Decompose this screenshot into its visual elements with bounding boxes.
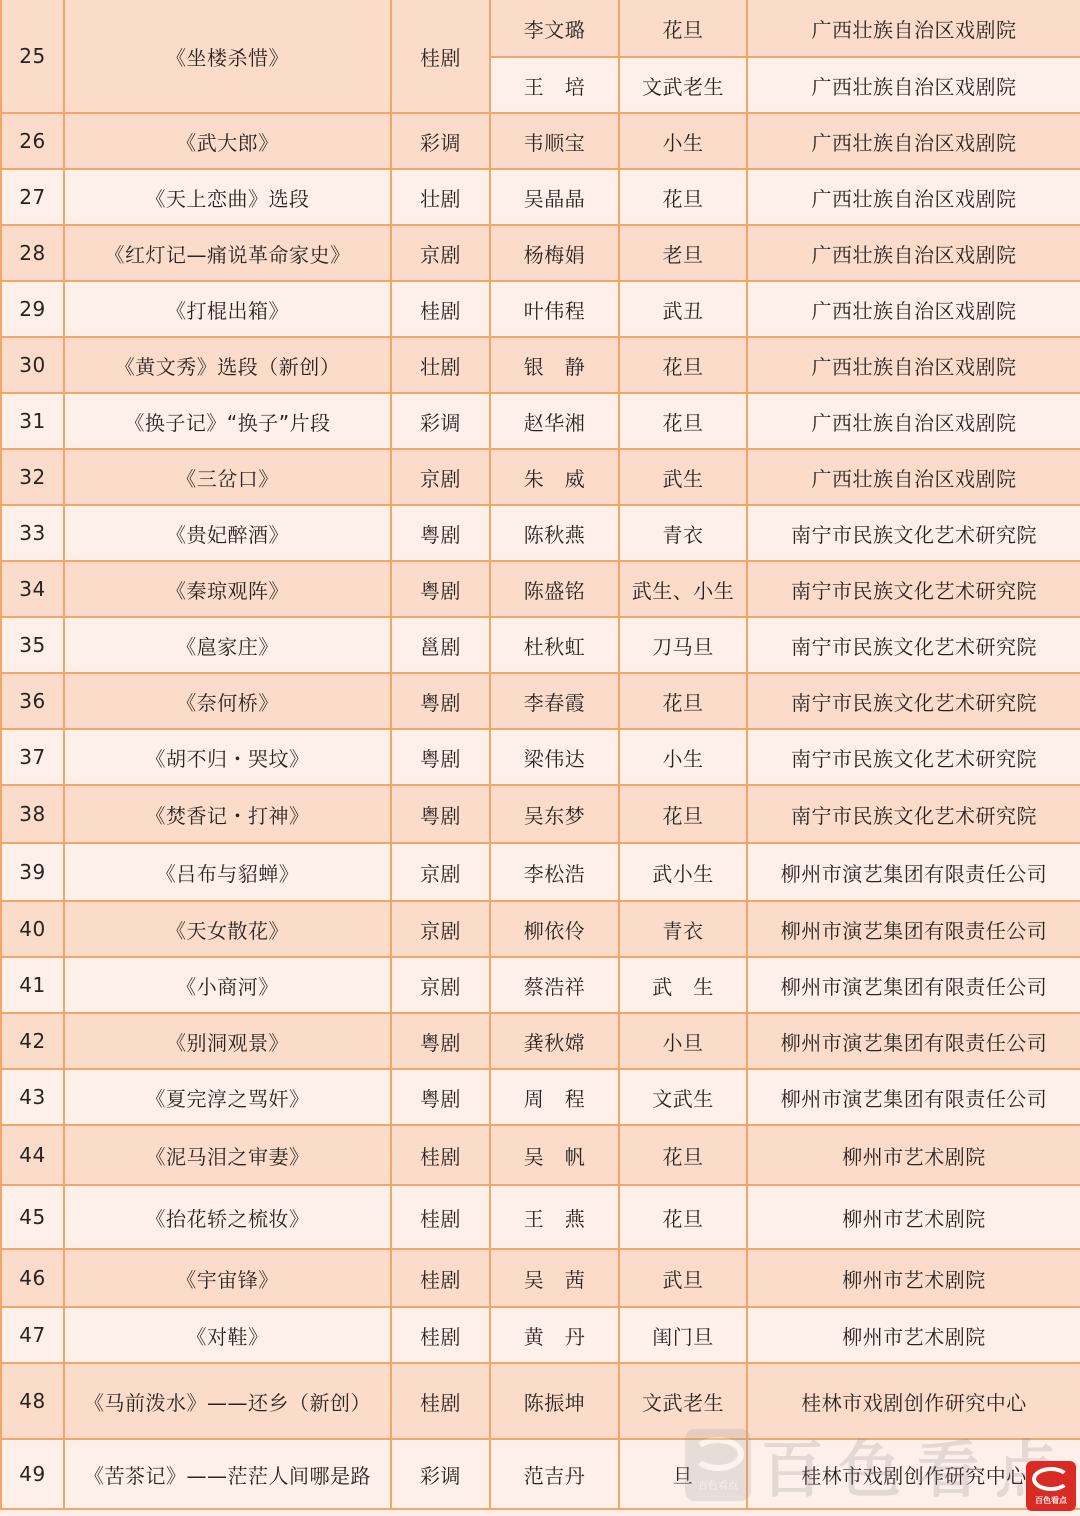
opera-genre: 粤剧 <box>391 505 490 561</box>
performer-role: 武小生 <box>619 843 747 901</box>
table-row: 40《天女散花》京剧柳依伶青衣柳州市演艺集团有限责任公司 <box>1 901 1080 957</box>
opera-genre: 彩调 <box>391 393 490 449</box>
table-body: 25 《坐楼杀惜》 桂剧 李文璐 花旦 广西壮族自治区戏剧院 王 培 文武老生 … <box>1 0 1080 1509</box>
row-number: 34 <box>1 561 64 617</box>
table-row: 26《武大郎》彩调韦顺宝小生广西壮族自治区戏剧院 <box>1 113 1080 169</box>
logo-text: 百色看点 <box>1035 1495 1067 1506</box>
row-number: 33 <box>1 505 64 561</box>
performer-name: 梁伟达 <box>490 729 619 785</box>
row-number: 43 <box>1 1069 64 1125</box>
opera-genre: 邕剧 <box>391 617 490 673</box>
performer-unit: 柳州市艺术剧院 <box>747 1185 1080 1249</box>
row-number: 31 <box>1 393 64 449</box>
opera-genre: 粤剧 <box>391 785 490 843</box>
performer-unit: 广西壮族自治区戏剧院 <box>747 393 1080 449</box>
row-number: 30 <box>1 337 64 393</box>
table-row: 32《三岔口》京剧朱 威武生广西壮族自治区戏剧院 <box>1 449 1080 505</box>
play-title: 《别洞观景》 <box>64 1013 391 1069</box>
row-number: 48 <box>1 1363 64 1439</box>
performer-unit: 柳州市艺术剧院 <box>747 1125 1080 1185</box>
performer-unit: 广西壮族自治区戏剧院 <box>747 57 1080 113</box>
opera-genre: 粤剧 <box>391 729 490 785</box>
performer-name: 吴晶晶 <box>490 169 619 225</box>
row-number: 45 <box>1 1185 64 1249</box>
play-title: 《天女散花》 <box>64 901 391 957</box>
play-title: 《抬花轿之梳妆》 <box>64 1185 391 1249</box>
performer-role: 花旦 <box>619 169 747 225</box>
row-number: 32 <box>1 449 64 505</box>
row-number: 28 <box>1 225 64 281</box>
table-row: 35《扈家庄》邕剧杜秋虹刀马旦南宁市民族文化艺术研究院 <box>1 617 1080 673</box>
performer-name: 叶伟程 <box>490 281 619 337</box>
opera-genre: 桂剧 <box>391 1125 490 1185</box>
row-number: 41 <box>1 957 64 1013</box>
play-title: 《小商河》 <box>64 957 391 1013</box>
table-row: 47《对鞋》桂剧黄 丹闺门旦柳州市艺术剧院 <box>1 1307 1080 1363</box>
performer-name: 杜秋虹 <box>490 617 619 673</box>
opera-genre: 桂剧 <box>391 1307 490 1363</box>
row-number: 46 <box>1 1249 64 1307</box>
play-title: 《武大郎》 <box>64 113 391 169</box>
performer-name: 黄 丹 <box>490 1307 619 1363</box>
performer-role: 小生 <box>619 729 747 785</box>
performer-name: 杨梅娟 <box>490 225 619 281</box>
performer-unit: 广西壮族自治区戏剧院 <box>747 169 1080 225</box>
table-row: 41《小商河》京剧蔡浩祥武 生柳州市演艺集团有限责任公司 <box>1 957 1080 1013</box>
opera-genre: 粤剧 <box>391 1013 490 1069</box>
opera-genre: 桂剧 <box>391 0 490 113</box>
opera-genre: 壮剧 <box>391 337 490 393</box>
performer-unit: 南宁市民族文化艺术研究院 <box>747 785 1080 843</box>
performer-unit: 广西壮族自治区戏剧院 <box>747 337 1080 393</box>
performer-name: 李松浩 <box>490 843 619 901</box>
play-title: 《贵妃醉酒》 <box>64 505 391 561</box>
performer-role: 小旦 <box>619 1013 747 1069</box>
play-title: 《焚香记・打神》 <box>64 785 391 843</box>
play-title: 《夏完淳之骂奸》 <box>64 1069 391 1125</box>
table-row: 36《奈何桥》粤剧李春霞花旦南宁市民族文化艺术研究院 <box>1 673 1080 729</box>
opera-genre: 彩调 <box>391 113 490 169</box>
table-row: 45《抬花轿之梳妆》桂剧王 燕花旦柳州市艺术剧院 <box>1 1185 1080 1249</box>
row-number: 26 <box>1 113 64 169</box>
table-row: 48《马前泼水》——还乡（新创）桂剧陈振坤文武老生桂林市戏剧创作研究中心 <box>1 1363 1080 1439</box>
table-row: 39《吕布与貂蝉》京剧李松浩武小生柳州市演艺集团有限责任公司 <box>1 843 1080 901</box>
performer-name: 吴东梦 <box>490 785 619 843</box>
play-title: 《宇宙锋》 <box>64 1249 391 1307</box>
opera-genre: 京剧 <box>391 901 490 957</box>
play-title: 《吕布与貂蝉》 <box>64 843 391 901</box>
play-title: 《换子记》“换子”片段 <box>64 393 391 449</box>
performer-name: 蔡浩祥 <box>490 957 619 1013</box>
table-row: 46《宇宙锋》桂剧吴 茜武旦柳州市艺术剧院 <box>1 1249 1080 1307</box>
play-title: 《天上恋曲》选段 <box>64 169 391 225</box>
performer-unit: 柳州市演艺集团有限责任公司 <box>747 843 1080 901</box>
performer-name: 朱 威 <box>490 449 619 505</box>
row-number: 39 <box>1 843 64 901</box>
opera-genre: 桂剧 <box>391 281 490 337</box>
performer-role: 刀马旦 <box>619 617 747 673</box>
performer-name: 陈盛铭 <box>490 561 619 617</box>
performer-name: 吴 茜 <box>490 1249 619 1307</box>
table-row: 43《夏完淳之骂奸》粤剧周 程文武生柳州市演艺集团有限责任公司 <box>1 1069 1080 1125</box>
performer-unit: 柳州市演艺集团有限责任公司 <box>747 957 1080 1013</box>
performer-role: 文武老生 <box>619 1363 747 1439</box>
performer-unit: 南宁市民族文化艺术研究院 <box>747 673 1080 729</box>
performer-name: 陈秋燕 <box>490 505 619 561</box>
opera-genre: 粤剧 <box>391 1069 490 1125</box>
performer-name: 赵华湘 <box>490 393 619 449</box>
performer-name: 范吉丹 <box>490 1439 619 1509</box>
row-number: 44 <box>1 1125 64 1185</box>
table-row: 37《胡不归・哭坟》粤剧梁伟达小生南宁市民族文化艺术研究院 <box>1 729 1080 785</box>
roster-table: 25 《坐楼杀惜》 桂剧 李文璐 花旦 广西壮族自治区戏剧院 王 培 文武老生 … <box>0 0 1080 1510</box>
opera-genre: 粤剧 <box>391 561 490 617</box>
row-number: 47 <box>1 1307 64 1363</box>
table-row: 25 《坐楼杀惜》 桂剧 李文璐 花旦 广西壮族自治区戏剧院 <box>1 0 1080 57</box>
table-row: 29《打棍出箱》桂剧叶伟程武丑广西壮族自治区戏剧院 <box>1 281 1080 337</box>
performer-role: 闺门旦 <box>619 1307 747 1363</box>
performer-unit: 南宁市民族文化艺术研究院 <box>747 505 1080 561</box>
play-title: 《对鞋》 <box>64 1307 391 1363</box>
performer-unit: 广西壮族自治区戏剧院 <box>747 225 1080 281</box>
performer-role: 武生、小生 <box>619 561 747 617</box>
opera-genre: 京剧 <box>391 449 490 505</box>
play-title: 《奈何桥》 <box>64 673 391 729</box>
performer-role: 花旦 <box>619 673 747 729</box>
row-number: 29 <box>1 281 64 337</box>
performer-role: 花旦 <box>619 785 747 843</box>
performer-role: 小生 <box>619 113 747 169</box>
play-title: 《黄文秀》选段（新创） <box>64 337 391 393</box>
performer-unit: 柳州市艺术剧院 <box>747 1307 1080 1363</box>
performer-role: 青衣 <box>619 901 747 957</box>
performer-name: 李春霞 <box>490 673 619 729</box>
performer-unit: 广西壮族自治区戏剧院 <box>747 113 1080 169</box>
opera-genre: 桂剧 <box>391 1363 490 1439</box>
performer-role: 武生 <box>619 449 747 505</box>
opera-genre: 桂剧 <box>391 1249 490 1307</box>
table-row: 31《换子记》“换子”片段彩调赵华湘花旦广西壮族自治区戏剧院 <box>1 393 1080 449</box>
performer-role: 青衣 <box>619 505 747 561</box>
play-title: 《打棍出箱》 <box>64 281 391 337</box>
performer-unit: 柳州市艺术剧院 <box>747 1249 1080 1307</box>
brand-logo-icon: 百色看点 <box>1026 1461 1076 1511</box>
performer-name: 龚秋嫦 <box>490 1013 619 1069</box>
performer-name: 陈振坤 <box>490 1363 619 1439</box>
performer-name: 柳依伶 <box>490 901 619 957</box>
performer-unit: 柳州市演艺集团有限责任公司 <box>747 1013 1080 1069</box>
performer-unit: 南宁市民族文化艺术研究院 <box>747 561 1080 617</box>
play-title: 《胡不归・哭坟》 <box>64 729 391 785</box>
table-row: 49《苦茶记》——茫茫人间哪是路彩调范吉丹旦桂林市戏剧创作研究中心 <box>1 1439 1080 1509</box>
row-number: 36 <box>1 673 64 729</box>
performer-role: 武 生 <box>619 957 747 1013</box>
opera-genre: 桂剧 <box>391 1185 490 1249</box>
table-row: 42《别洞观景》粤剧龚秋嫦小旦柳州市演艺集团有限责任公司 <box>1 1013 1080 1069</box>
opera-genre: 京剧 <box>391 843 490 901</box>
performer-role: 老旦 <box>619 225 747 281</box>
row-number: 42 <box>1 1013 64 1069</box>
performer-role: 文武生 <box>619 1069 747 1125</box>
opera-genre: 京剧 <box>391 225 490 281</box>
performer-role: 花旦 <box>619 1185 747 1249</box>
performer-name: 周 程 <box>490 1069 619 1125</box>
performer-name: 李文璐 <box>490 0 619 57</box>
row-number: 27 <box>1 169 64 225</box>
performer-role: 花旦 <box>619 393 747 449</box>
row-number: 40 <box>1 901 64 957</box>
table-row: 38《焚香记・打神》粤剧吴东梦花旦南宁市民族文化艺术研究院 <box>1 785 1080 843</box>
opera-genre: 壮剧 <box>391 169 490 225</box>
table-row: 30《黄文秀》选段（新创）壮剧银 静花旦广西壮族自治区戏剧院 <box>1 337 1080 393</box>
performer-role: 武丑 <box>619 281 747 337</box>
performer-unit: 桂林市戏剧创作研究中心 <box>747 1363 1080 1439</box>
play-title: 《坐楼杀惜》 <box>64 0 391 113</box>
performer-name: 吴 帆 <box>490 1125 619 1185</box>
performer-unit: 广西壮族自治区戏剧院 <box>747 449 1080 505</box>
row-number: 37 <box>1 729 64 785</box>
table-row: 34《秦琼观阵》粤剧陈盛铭武生、小生南宁市民族文化艺术研究院 <box>1 561 1080 617</box>
row-number: 35 <box>1 617 64 673</box>
performer-role: 旦 <box>619 1439 747 1509</box>
row-number: 49 <box>1 1439 64 1509</box>
play-title: 《马前泼水》——还乡（新创） <box>64 1363 391 1439</box>
play-title: 《扈家庄》 <box>64 617 391 673</box>
performer-unit: 广西壮族自治区戏剧院 <box>747 0 1080 57</box>
performer-role: 花旦 <box>619 337 747 393</box>
opera-genre: 京剧 <box>391 957 490 1013</box>
play-title: 《秦琼观阵》 <box>64 561 391 617</box>
performer-role: 花旦 <box>619 1125 747 1185</box>
play-title: 《红灯记—痛说革命家史》 <box>64 225 391 281</box>
row-number: 25 <box>1 0 64 113</box>
performer-role: 武旦 <box>619 1249 747 1307</box>
row-number: 38 <box>1 785 64 843</box>
play-title: 《苦茶记》——茫茫人间哪是路 <box>64 1439 391 1509</box>
opera-genre: 彩调 <box>391 1439 490 1509</box>
performer-unit: 柳州市演艺集团有限责任公司 <box>747 901 1080 957</box>
table-row: 44《泥马泪之审妻》桂剧吴 帆花旦柳州市艺术剧院 <box>1 1125 1080 1185</box>
table-row: 33《贵妃醉酒》粤剧陈秋燕青衣南宁市民族文化艺术研究院 <box>1 505 1080 561</box>
performer-name: 王 培 <box>490 57 619 113</box>
opera-genre: 粤剧 <box>391 673 490 729</box>
performer-name: 韦顺宝 <box>490 113 619 169</box>
performer-role: 文武老生 <box>619 57 747 113</box>
performer-name: 王 燕 <box>490 1185 619 1249</box>
play-title: 《泥马泪之审妻》 <box>64 1125 391 1185</box>
table-row: 28《红灯记—痛说革命家史》京剧杨梅娟老旦广西壮族自治区戏剧院 <box>1 225 1080 281</box>
table-row: 27《天上恋曲》选段壮剧吴晶晶花旦广西壮族自治区戏剧院 <box>1 169 1080 225</box>
performer-role: 花旦 <box>619 0 747 57</box>
performer-name: 银 静 <box>490 337 619 393</box>
performer-unit: 柳州市演艺集团有限责任公司 <box>747 1069 1080 1125</box>
play-title: 《三岔口》 <box>64 449 391 505</box>
performer-unit: 广西壮族自治区戏剧院 <box>747 281 1080 337</box>
performer-unit: 南宁市民族文化艺术研究院 <box>747 729 1080 785</box>
performer-unit: 南宁市民族文化艺术研究院 <box>747 617 1080 673</box>
